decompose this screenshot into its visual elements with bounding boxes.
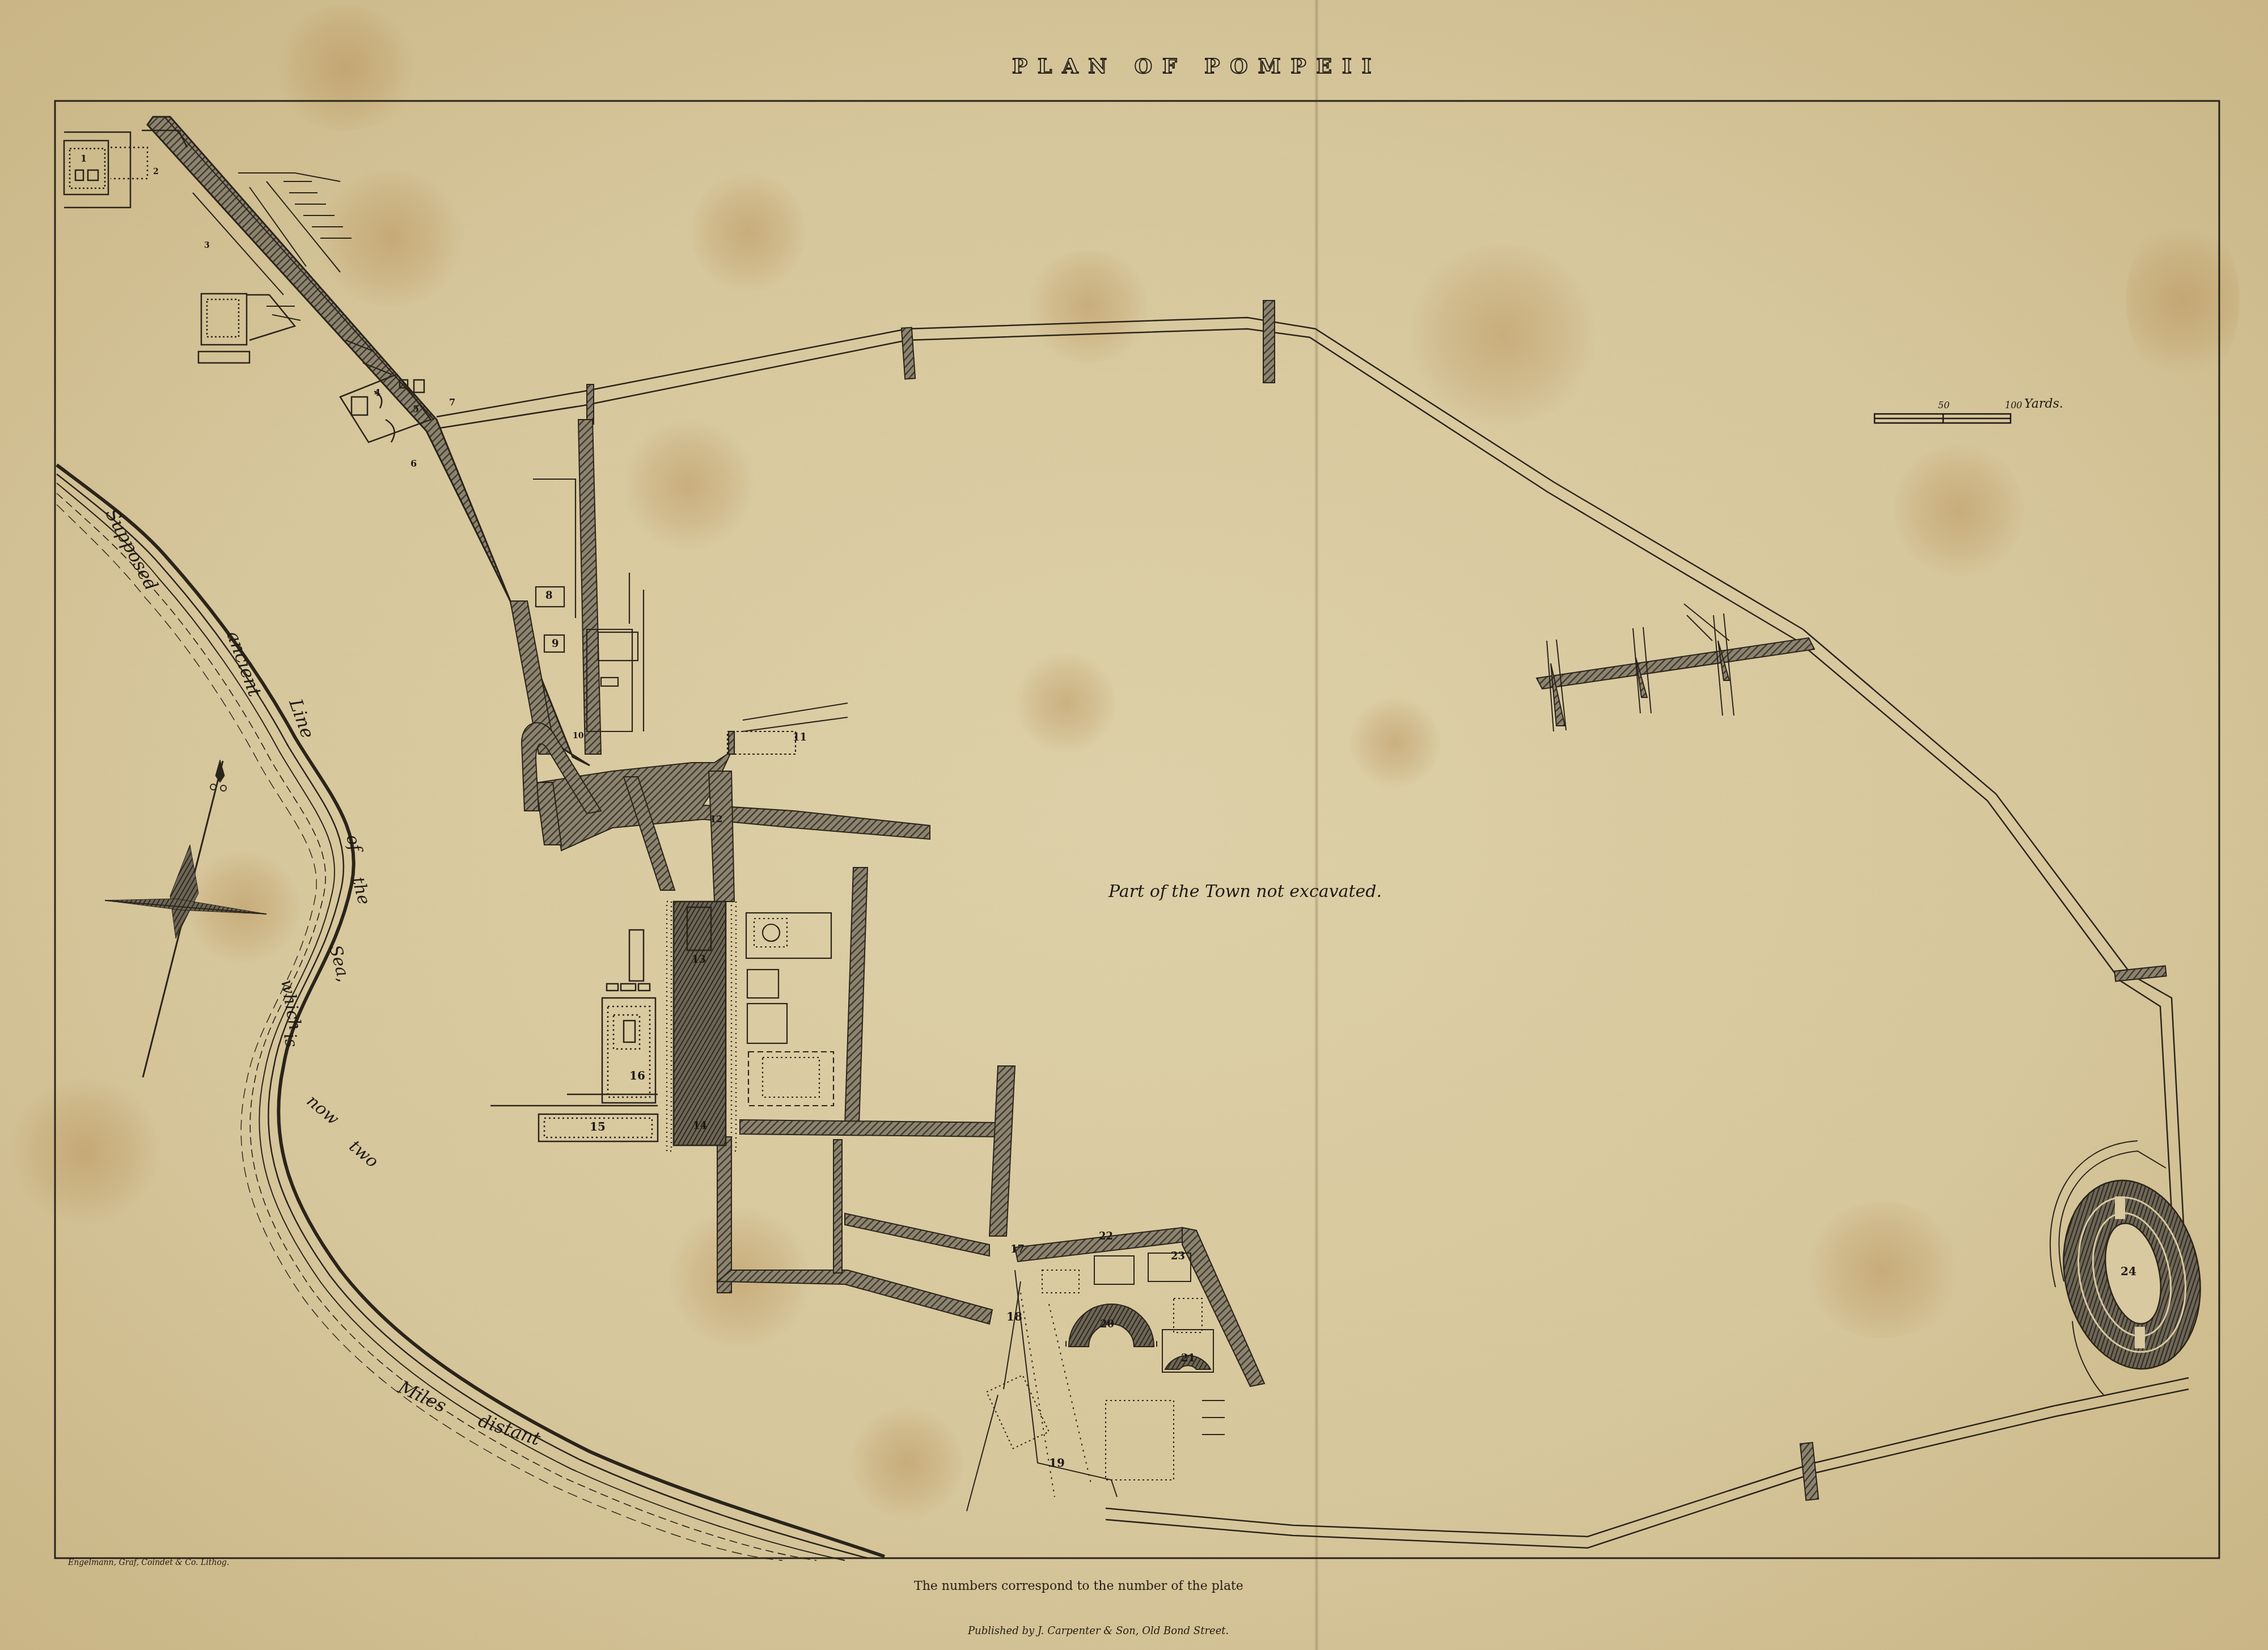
unexcavated-label: Part of the Town not excavated.: [1108, 882, 1382, 902]
site-number: 8: [545, 590, 553, 602]
scale-unit-label: Yards.: [2024, 397, 2063, 411]
plate-note: The numbers correspond to the number of …: [914, 1579, 1243, 1593]
site-number: 6: [411, 458, 417, 469]
site-number: 4: [374, 387, 380, 398]
map-title: PLAN OF POMPEII: [1012, 54, 1382, 78]
site-number: 11: [793, 731, 807, 743]
site-number: 24: [2121, 1264, 2136, 1278]
temple-16: [602, 930, 655, 1103]
map-sheet: PLAN OF POMPEII Part of the Town not exc…: [0, 0, 2268, 1650]
basilica-15: [490, 1094, 658, 1141]
forum: [667, 902, 736, 1151]
site-number: 15: [590, 1120, 606, 1133]
site-number: 16: [629, 1069, 645, 1082]
site-number: 10: [573, 731, 583, 741]
site-number: 5: [413, 404, 419, 414]
site-number: 21: [1181, 1352, 1195, 1364]
site-number: 18: [1006, 1310, 1022, 1323]
site-number: 14: [693, 1120, 707, 1132]
tomb-enclosure: [198, 294, 295, 363]
site-number: 7: [449, 397, 455, 408]
compass-rose-icon: [105, 760, 266, 1077]
site-number: 12: [710, 814, 722, 824]
scale-mid-label: 50: [1938, 400, 1949, 411]
small-theatre-21: [1162, 1330, 1213, 1372]
site-number: 2: [153, 167, 159, 176]
site-number: 9: [552, 638, 559, 650]
east-street-fragments: [1537, 604, 1814, 731]
ancient-coastline: [57, 465, 885, 1560]
site-number: 1: [81, 153, 87, 164]
scale-end-label: 100: [2005, 400, 2022, 411]
theatre-district: [967, 1253, 1225, 1511]
map-drawing: [0, 0, 2268, 1650]
publisher-credit: Published by J. Carpenter & Son, Old Bon…: [968, 1625, 1229, 1637]
site-number: 22: [1099, 1230, 1113, 1242]
site-number: 23: [1171, 1250, 1185, 1262]
scale-bar: [1875, 414, 2011, 423]
forum-east-buildings: [746, 913, 833, 1106]
site-number: 17: [1010, 1243, 1025, 1255]
excavated-streets: [510, 420, 1264, 1386]
site-number: 3: [204, 241, 210, 250]
site-number: 19: [1049, 1456, 1065, 1470]
site-number: 13: [692, 954, 706, 966]
lithographer-credit: Engelmann, Graf, Coindet & Co. Lithog.: [68, 1558, 229, 1567]
site-number: 20: [1100, 1318, 1114, 1330]
